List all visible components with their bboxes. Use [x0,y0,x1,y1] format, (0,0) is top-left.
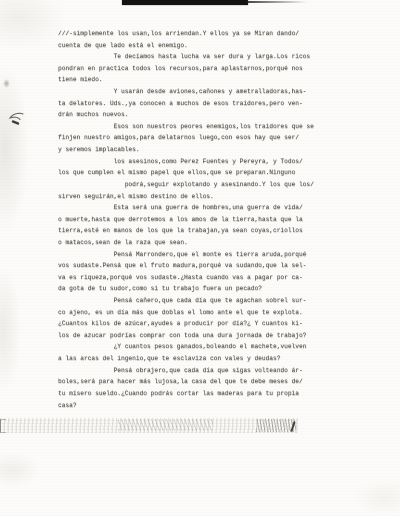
text-line: Te decíamos hasta lucha va ser dura y la… [58,51,314,63]
margin-ink-spot [3,79,10,88]
scan-artifact-top-bar [122,0,248,5]
text-line: ¿Y cuantos pesos ganados,boleando el mac… [58,341,314,353]
text-line: Y usarán desde aviones,cañones y ametral… [58,86,314,98]
scan-artifact-smudge-band [0,418,298,433]
text-line: Pensá obrajero,que cada día que sigas vo… [58,365,314,377]
text-line: podrá,seguir explotando y asesinando.Y l… [58,179,314,191]
text-line: drán muchos nuevos. [58,109,314,121]
text-line: los asesinos,como Perez Fuentes y Pereyr… [58,156,314,168]
text-line: finjen nuestro amigos,para delatarnos lu… [58,132,314,144]
text-line: tiene miedo. [58,74,314,86]
text-line: Esos son nuestros peores enemigos,los tr… [58,121,314,133]
handwritten-scribble-mark [7,111,27,128]
text-line: ///-simplemente los usan,los arriendan.Y… [58,28,314,40]
smudge-mid-cluster [118,419,213,431]
text-line: o matacos,sean de la raza que sean. [58,237,314,249]
text-line: boles,será para hacer más lujosa,la casa… [58,376,314,388]
text-line: sirven seguirán,el mismo destino de ello… [58,191,314,203]
text-line: casa? [58,400,314,412]
typewritten-text-block: ///-simplemente los usan,los arriendan.Y… [58,28,314,411]
text-line: o muerte,hasta que derrotemos a los amos… [58,214,314,226]
text-line: da gota de tu sudor,como si tu trabajo f… [58,283,314,295]
text-line: los de azucar podrías comprar con toda u… [58,330,314,342]
text-line: y seremos implacables. [58,144,314,156]
text-line: Pensá Marrondero,que el monte es tierra … [58,249,314,261]
text-line: co ajeno, es un día más que doblas el lo… [58,307,314,319]
text-line: los que cumplen el mismo papel que ellos… [58,167,314,179]
scanned-document-page: ///-simplemente los usan,los arriendan.Y… [0,0,400,516]
smudge-left-bracket-mark [0,419,6,433]
text-line: ta delatores. Uds.,ya conocen a muchos d… [58,98,314,110]
text-line: va es riqueza,porqué vos sudaste.¿Hasta … [58,272,314,284]
text-line: Esta será una guerra de hombres,una guer… [58,202,314,214]
scan-artifact-top-bar-tail [247,1,307,3]
text-line: cuenta de que lado está el enemigo. [58,40,314,52]
text-line: pondran en practica todos los recursos,p… [58,63,314,75]
text-line: tu mísero sueldo.¿Cuando podrás cortar l… [58,388,314,400]
text-line: vos sudaste.Pensá que el fruto madura,po… [58,260,314,272]
text-line: Pensá cañero,que cada día que te agachan… [58,295,314,307]
text-line: a las arcas del ingenio,que te esclaviza… [58,353,314,365]
text-line: ¿Cuantos kilos de azúcar,ayudes a produc… [58,318,314,330]
text-line: tierra,esté en manos de los que la traba… [58,225,314,237]
